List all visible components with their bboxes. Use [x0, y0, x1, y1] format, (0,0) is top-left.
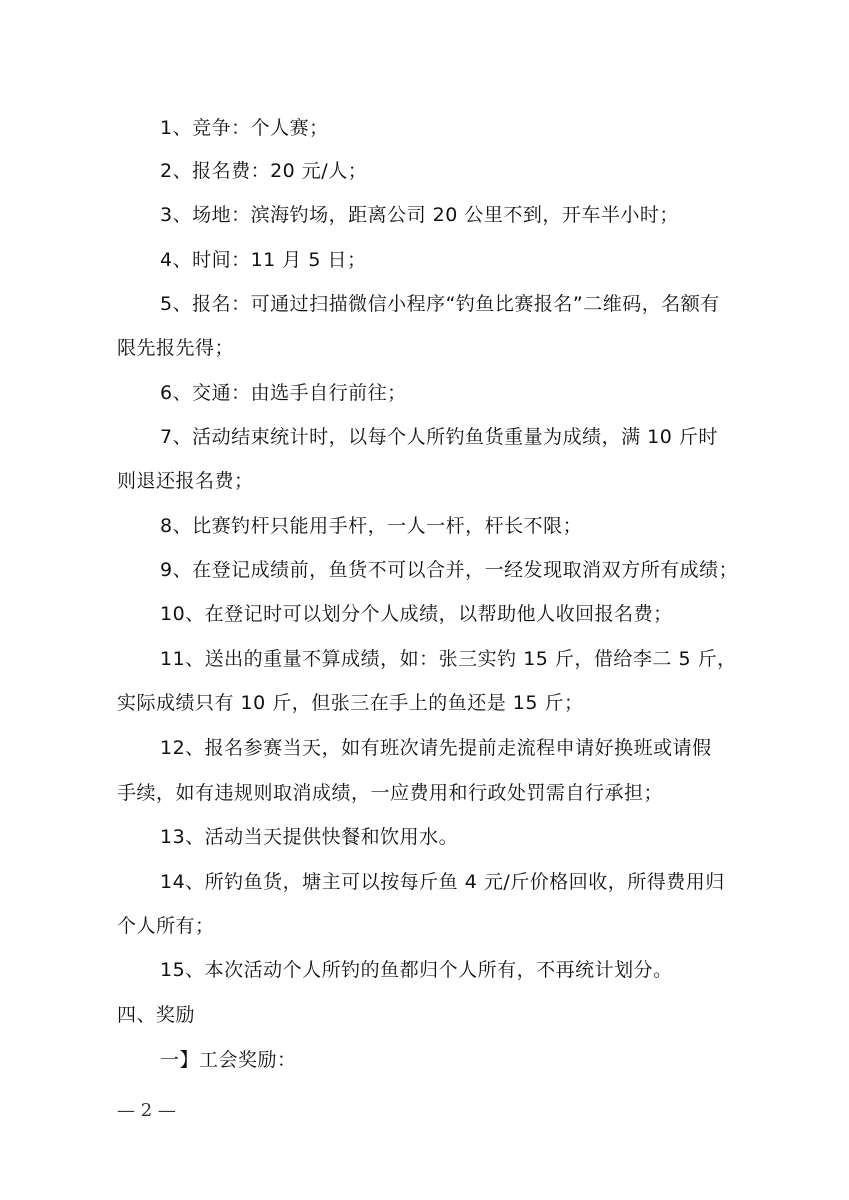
rule-4-time: 4、时间：11 月 5 日；: [160, 248, 780, 272]
rule-11-weight-cont: 实际成绩只有 10 斤，但张三在手上的鱼还是 15 斤；: [117, 691, 737, 715]
rule-3-venue: 3、场地：滨海钓场，距离公司 20 公里不到，开车半小时；: [160, 203, 780, 227]
rule-11-weight: 11、送出的重量不算成绩，如：张三实钓 15 斤，借给李二 5 斤，: [160, 647, 780, 671]
rule-7-scoring: 7、活动结束统计时，以每个人所钓鱼货重量为成绩，满 10 斤时: [160, 425, 780, 449]
rule-6-transport: 6、交通：由选手自行前往；: [160, 381, 780, 405]
rule-8-rod: 8、比赛钓杆只能用手杆，一人一杆，杆长不限；: [160, 514, 780, 538]
rule-7-scoring-cont: 则退还报名费；: [117, 469, 737, 493]
rule-2-fee: 2、报名费：20 元/人；: [160, 159, 780, 183]
subsection-union-rewards: 一】工会奖励：: [160, 1048, 780, 1072]
rule-14-buyback: 14、所钓鱼货，塘主可以按每斤鱼 4 元/斤价格回收，所得费用归: [160, 870, 780, 894]
rule-10-split: 10、在登记时可以划分个人成绩，以帮助他人收回报名费；: [160, 602, 780, 626]
rule-12-shift: 12、报名参赛当天，如有班次请先提前走流程申请好换班或请假: [160, 736, 780, 760]
section-4-rewards-heading: 四、奖励: [117, 1003, 737, 1027]
document-page: 1、竞争：个人赛； 2、报名费：20 元/人； 3、场地：滨海钓场，距离公司 2…: [0, 0, 849, 1200]
rule-5-signup: 5、报名：可通过扫描微信小程序“钓鱼比赛报名”二维码，名额有: [160, 292, 780, 316]
rule-15-ownership: 15、本次活动个人所钓的鱼都归个人所有，不再统计划分。: [160, 958, 780, 982]
rule-13-meals: 13、活动当天提供快餐和饮用水。: [160, 825, 780, 849]
rule-9-merge: 9、在登记成绩前，鱼货不可以合并，一经发现取消双方所有成绩；: [160, 558, 780, 582]
rule-14-buyback-cont: 个人所有；: [117, 914, 737, 938]
page-number: — 2 —: [117, 1100, 176, 1121]
rule-1-competition: 1、竞争：个人赛；: [160, 116, 780, 140]
rule-5-signup-cont: 限先报先得；: [117, 336, 737, 360]
rule-12-shift-cont: 手续，如有违规则取消成绩，一应费用和行政处罚需自行承担；: [117, 781, 737, 805]
